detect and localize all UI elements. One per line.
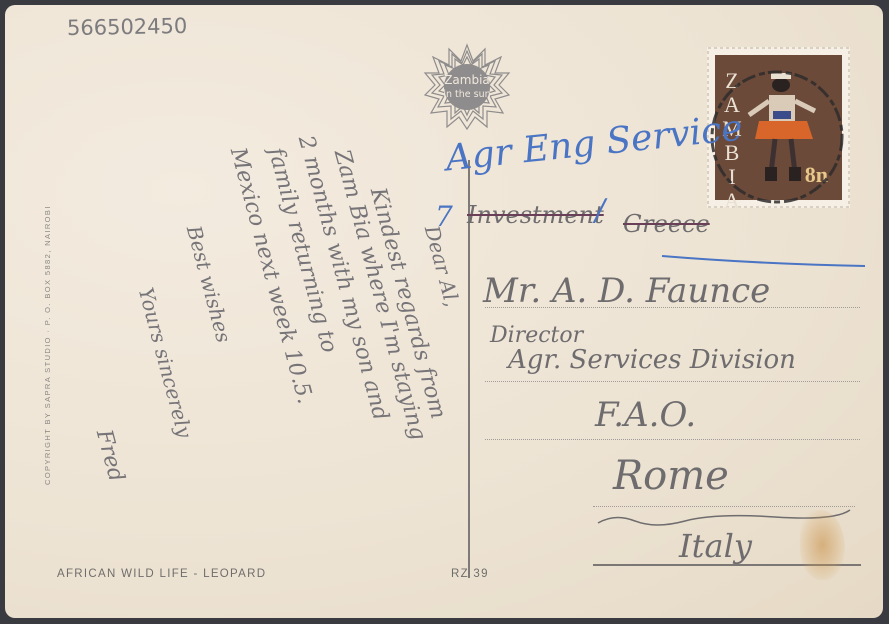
reference-number: 566502450 <box>67 14 188 40</box>
blue-underline <box>660 250 870 270</box>
recipient-country: Italy <box>679 527 752 565</box>
zambia-sun-logo: Zambia in the sun <box>423 43 511 131</box>
message-line-7: Best wishes <box>182 223 236 345</box>
card-caption: AFRICAN WILD LIFE - LEOPARD <box>57 568 266 580</box>
sun-icon <box>423 43 511 131</box>
recipient-division: Agr. Services Division <box>508 345 796 375</box>
message-signature: Fred <box>91 427 129 485</box>
postcard-back: 566502450 COPYRIGHT BY SAPRA STUDIO · P.… <box>5 5 883 618</box>
address-line-3 <box>485 439 860 440</box>
message-line-8: Yours sincerely <box>134 285 197 440</box>
logo-text-sun: in the sun <box>423 89 511 100</box>
address-line-2 <box>485 381 860 382</box>
copyright-text: COPYRIGHT BY SAPRA STUDIO · P. O. BOX 58… <box>43 205 52 485</box>
slash-mark: / <box>595 193 605 228</box>
message-line-1: Dear Al, <box>420 223 465 309</box>
card-code: RZ 39 <box>451 568 489 580</box>
recipient-name: Mr. A. D. Faunce <box>483 271 770 311</box>
logo-text-zambia: Zambia <box>423 73 511 87</box>
recipient-city: Rome <box>613 453 729 499</box>
recipient-organization: F.A.O. <box>595 395 696 435</box>
struck-text-1: Investment <box>467 201 604 229</box>
struck-text-2: Greece <box>623 210 710 238</box>
